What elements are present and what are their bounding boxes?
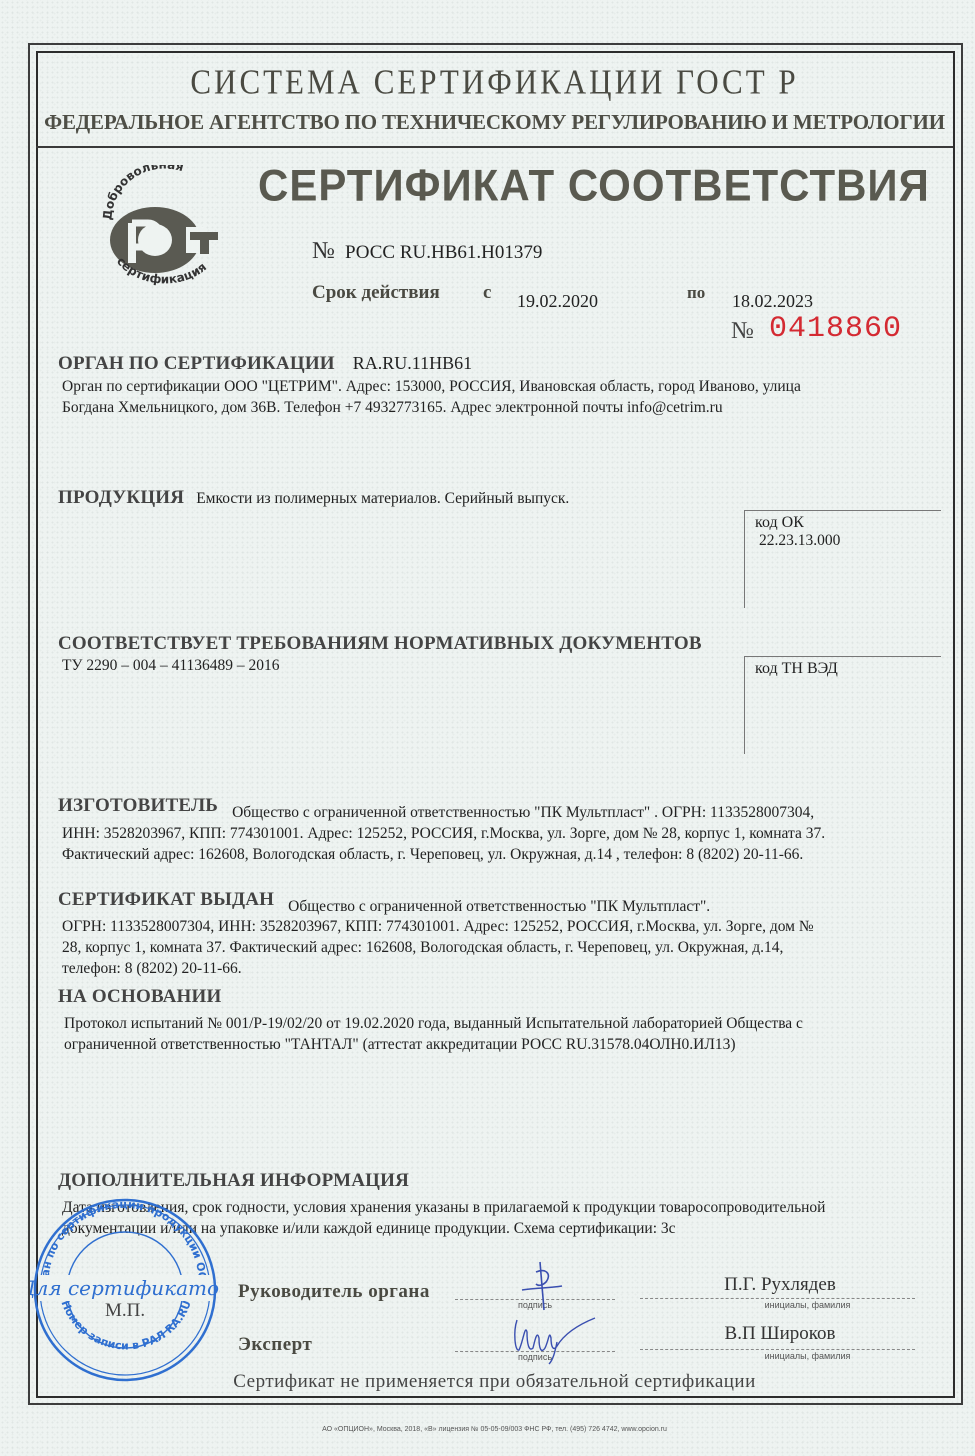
voluntary-note: Сертификат не применяется при обязательн…	[36, 1371, 953, 1393]
certification-body-details: Орган по сертификации ООО "ЦЕТРИМ". Адре…	[62, 376, 942, 418]
ok-code-box: код ОК 22.23.13.000	[744, 510, 941, 608]
voluntary-certification-logo: Добровольная сертификация	[100, 165, 225, 295]
product-description: Емкости из полимерных материалов. Серийн…	[196, 490, 569, 507]
conformity-label: СООТВЕТСТВУЕТ ТРЕБОВАНИЯМ НОРМАТИВНЫХ ДО…	[58, 633, 702, 655]
issued-to-line-2: ОГРН: 1133528007304, ИНН: 3528203967, КП…	[62, 916, 952, 937]
expert-label: Эксперт	[238, 1334, 312, 1356]
tnved-code-label: код ТН ВЭД	[745, 657, 941, 678]
certification-body-code: RA.RU.11НВ61	[353, 353, 472, 373]
federal-agency-title: ФЕДЕРАЛЬНОЕ АГЕНТСТВО ПО ТЕХНИЧЕСКОМУ РЕ…	[36, 110, 953, 135]
validity-from-date: 19.02.2020	[517, 291, 598, 312]
head-name-caption: инициалы, фамилия	[700, 1300, 915, 1310]
validity-to-label: по	[687, 283, 705, 303]
certification-body-line-2: Богдана Хмельницкого, дом 36В. Телефон +…	[62, 397, 942, 418]
certification-body-label: ОРГАН ПО СЕРТИФИКАЦИИ	[58, 353, 335, 374]
svg-text:Номер записи в РАЛ RA.RU.11НВ6: Номер записи в РАЛ RA.RU.11НВ61	[30, 1195, 194, 1353]
certification-body-stamp: Орган по сертификации продукции ООО «ЦЕТ…	[30, 1195, 220, 1385]
head-signature-icon	[510, 1260, 570, 1315]
validity-to-date: 18.02.2023	[732, 291, 813, 312]
blank-number-sign: №	[731, 318, 754, 345]
basis-line-1: Протокол испытаний № 001/Р-19/02/20 от 1…	[64, 1013, 949, 1034]
number-sign: №	[312, 238, 335, 265]
certificate-number: РОСС RU.НВ61.Н01379	[345, 242, 542, 264]
certification-system-title: СИСТЕМА СЕРТИФИКАЦИИ ГОСТ Р	[36, 62, 953, 102]
blank-serial-number: 0418860	[769, 312, 902, 346]
validity-label: Срок действия	[312, 282, 440, 304]
ok-code-value: 22.23.13.000	[745, 532, 941, 550]
additional-info-label: ДОПОЛНИТЕЛЬНАЯ ИНФОРМАЦИЯ	[58, 1170, 409, 1192]
header-divider	[36, 146, 953, 148]
manufacturer-line-2: ИНН: 3528203967, КПП: 774301001. Адрес: …	[62, 823, 952, 844]
certification-body-section: ОРГАН ПО СЕРТИФИКАЦИИ RA.RU.11НВ61	[58, 353, 472, 375]
expert-signature-icon	[505, 1312, 605, 1367]
head-of-body-label: Руководитель органа	[238, 1281, 430, 1303]
manufacturer-line-1: Общество с ограниченной ответственностью…	[232, 804, 814, 821]
manufacturer-section: ИЗГОТОВИТЕЛЬ Общество с ограниченной отв…	[58, 795, 814, 817]
rst-mark-icon: Добровольная сертификация	[100, 165, 225, 295]
validity-from-label: с	[483, 282, 491, 304]
round-seal-icon: Орган по сертификации продукции ООО «ЦЕТ…	[30, 1195, 220, 1385]
head-name-line	[640, 1298, 915, 1299]
issued-to-details: ОГРН: 1133528007304, ИНН: 3528203967, КП…	[62, 916, 952, 979]
manufacturer-label: ИЗГОТОВИТЕЛЬ	[58, 795, 218, 816]
head-name: П.Г. Рухлядев	[700, 1274, 860, 1296]
issued-to-line-1: Общество с ограниченной ответственностью…	[288, 898, 710, 915]
issued-to-line-3: 28, корпус 1, комната 37. Фактический ад…	[62, 937, 952, 958]
certification-body-line-1: Орган по сертификации ООО "ЦЕТРИМ". Адре…	[62, 376, 942, 397]
manufacturer-line-3: Фактический адрес: 162608, Вологодская о…	[62, 844, 952, 865]
issued-to-section: СЕРТИФИКАТ ВЫДАН Общество с ограниченной…	[58, 889, 710, 911]
expert-name-line	[640, 1349, 915, 1350]
normative-document: ТУ 2290 – 004 – 41136489 – 2016	[62, 657, 280, 675]
svg-text:Для сертификатов: Для сертификатов	[30, 1276, 220, 1300]
product-label: ПРОДУКЦИЯ	[58, 487, 184, 508]
tnved-code-box: код ТН ВЭД	[744, 656, 941, 754]
seal-place-mark: М.П.	[105, 1300, 145, 1322]
expert-name: В.П Широков	[700, 1323, 860, 1345]
basis-line-2: ограниченной ответственностью "ТАНТАЛ" (…	[64, 1034, 949, 1055]
manufacturer-details: ИНН: 3528203967, КПП: 774301001. Адрес: …	[62, 823, 952, 865]
certificate-title: СЕРТИФИКАТ СООТВЕТСТВИЯ	[258, 161, 930, 211]
issued-to-label: СЕРТИФИКАТ ВЫДАН	[58, 889, 274, 910]
expert-name-caption: инициалы, фамилия	[700, 1351, 915, 1361]
printer-imprint: АО «ОПЦИОН», Москва, 2018, «В» лицензия …	[36, 1426, 953, 1433]
issued-to-line-4: телефон: 8 (8202) 20-11-66.	[62, 958, 952, 979]
basis-details: Протокол испытаний № 001/Р-19/02/20 от 1…	[64, 1013, 949, 1055]
basis-label: НА ОСНОВАНИИ	[58, 986, 221, 1008]
ok-code-label: код ОК	[745, 511, 941, 532]
product-section: ПРОДУКЦИЯ Емкости из полимерных материал…	[58, 487, 569, 509]
